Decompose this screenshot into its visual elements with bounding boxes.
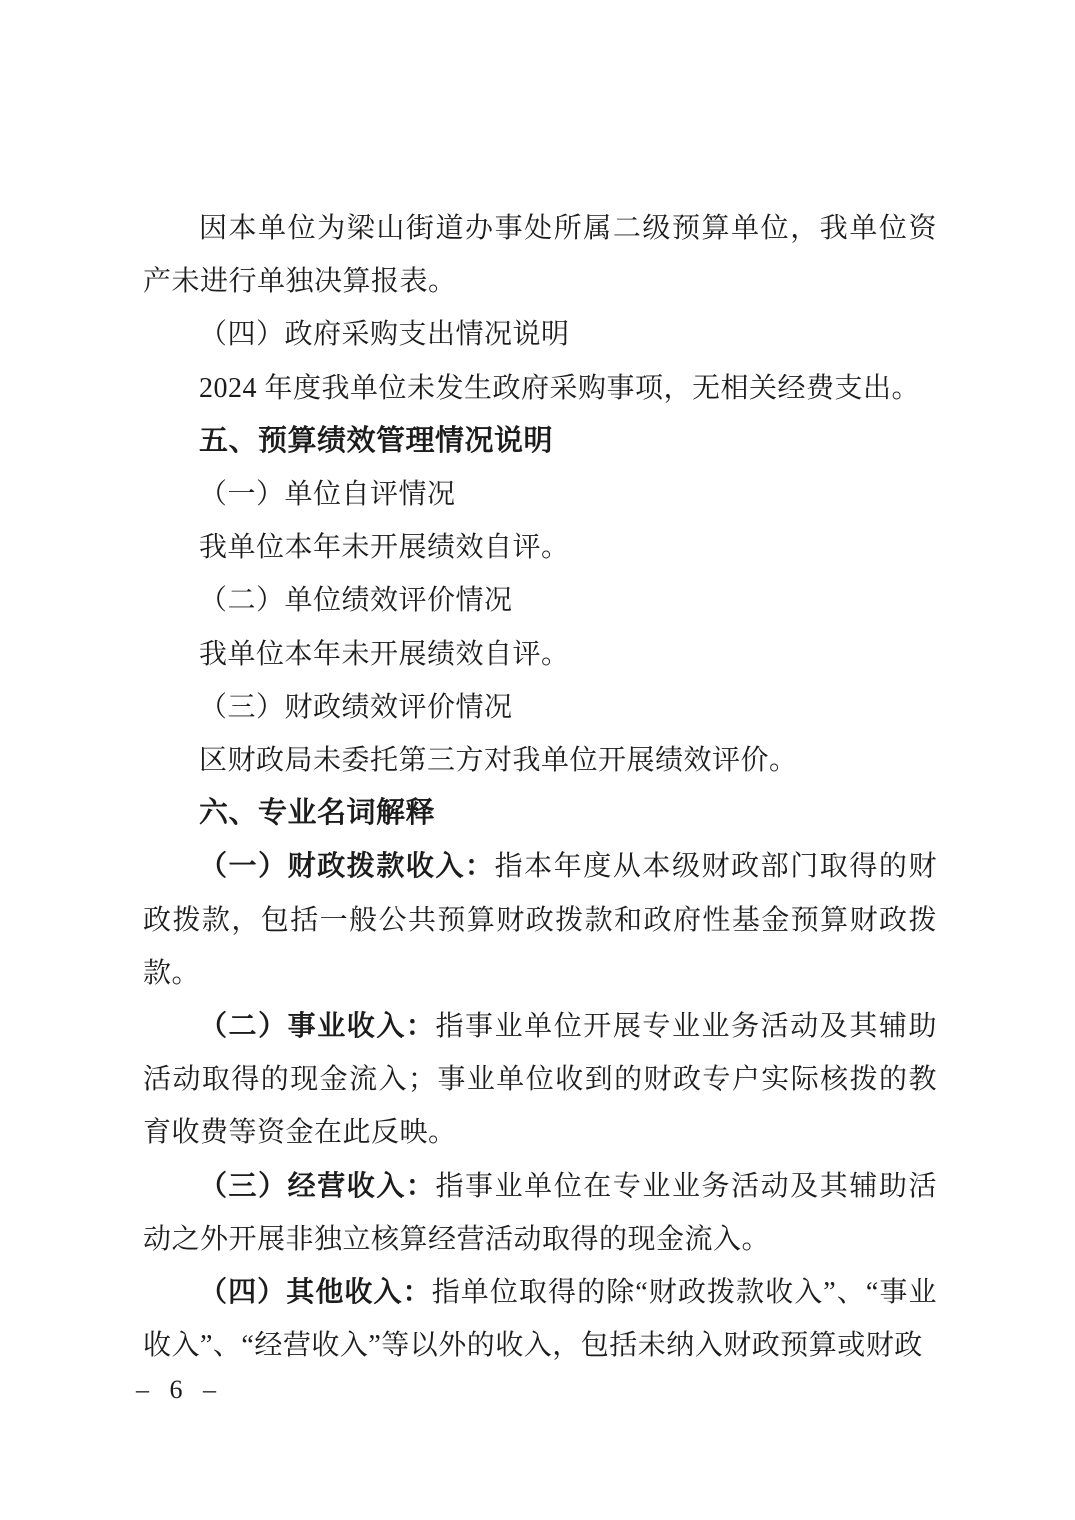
subheading-self-evaluation: （一）单位自评情况 bbox=[143, 468, 937, 521]
subheading-unit-performance-evaluation: （二）单位绩效评价情况 bbox=[143, 574, 937, 627]
document-body: 因本单位为梁山街道办事处所属二级预算单位，我单位资产未进行单独决算报表。 （四）… bbox=[143, 202, 937, 1372]
definition-other-income: （四）其他收入：指单位取得的除“财政拨款收入”、“事业收入”、“经营收入”等以外… bbox=[143, 1266, 937, 1372]
definition-operating-income: （三）经营收入：指事业单位在专业业务活动及其辅助活动之外开展非独立核算经营活动取… bbox=[143, 1160, 937, 1266]
page-number: – 6 – bbox=[136, 1363, 223, 1416]
subheading-fiscal-performance-evaluation: （三）财政绩效评价情况 bbox=[143, 681, 937, 734]
definition-term: （二）事业收入： bbox=[199, 1011, 436, 1042]
definition-business-income: （二）事业收入：指事业单位开展专业业务活动及其辅助活动取得的现金流入；事业单位收… bbox=[143, 1000, 937, 1160]
paragraph-asset-note: 因本单位为梁山街道办事处所属二级预算单位，我单位资产未进行单独决算报表。 bbox=[143, 202, 937, 308]
definition-term: （三）经营收入： bbox=[199, 1171, 436, 1202]
paragraph-fiscal-performance-evaluation: 区财政局未委托第三方对我单位开展绩效评价。 bbox=[143, 734, 937, 787]
heading-section-5: 五、预算绩效管理情况说明 bbox=[143, 415, 937, 468]
definition-term: （四）其他收入： bbox=[199, 1277, 432, 1308]
heading-section-6: 六、专业名词解释 bbox=[143, 787, 937, 840]
definition-term: （一）财政拨款收入： bbox=[199, 851, 495, 882]
subheading-gov-procurement: （四）政府采购支出情况说明 bbox=[143, 308, 937, 361]
document-page: 因本单位为梁山街道办事处所属二级预算单位，我单位资产未进行单独决算报表。 （四）… bbox=[0, 0, 1075, 1520]
paragraph-unit-performance-evaluation: 我单位本年未开展绩效自评。 bbox=[143, 628, 937, 681]
definition-fiscal-appropriation-income: （一）财政拨款收入：指本年度从本级财政部门取得的财政拨款，包括一般公共预算财政拨… bbox=[143, 840, 937, 1000]
paragraph-gov-procurement: 2024 年度我单位未发生政府采购事项，无相关经费支出。 bbox=[143, 362, 937, 415]
paragraph-self-evaluation: 我单位本年未开展绩效自评。 bbox=[143, 521, 937, 574]
